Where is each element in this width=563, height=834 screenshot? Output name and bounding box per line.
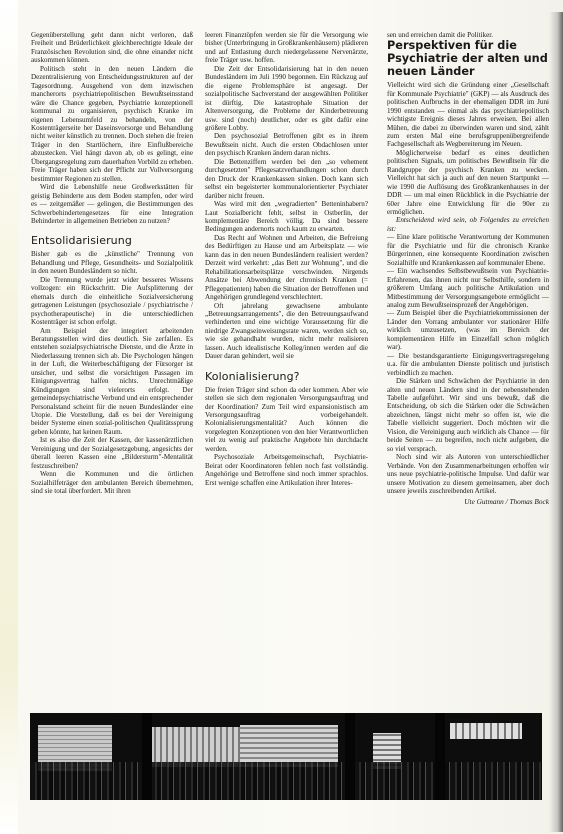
paragraph: Die freien Träger sind schon da oder kom…: [205, 386, 368, 454]
column-2: leeren Finanztöpfen werden sie für die V…: [205, 31, 368, 487]
paragraph: Bisher gab es die „künstliche" Trennung …: [31, 250, 193, 275]
photo-divider: [142, 713, 152, 800]
paragraph: Gegenüberstellung geht dann nicht verlor…: [31, 31, 193, 65]
section-heading-entsolidarisierung: Entsolidarisierung: [31, 234, 193, 247]
paragraph: Den psychosozial Betroffenen gibt es in …: [205, 132, 368, 157]
italic-statement: Entscheidend wird sein, ob Folgendes zu …: [387, 216, 549, 233]
paragraph: Politisch steht in den neuen Ländern die…: [31, 65, 193, 183]
paragraph: Ist es also die Zeit der Kassen, der kas…: [31, 436, 193, 470]
paragraph: Noch sind wir als Autoren von unterschie…: [387, 453, 549, 495]
page-binding-shadow: [549, 12, 563, 832]
protest-banner: [450, 723, 522, 739]
lead-line: sen und erreichen damit die Politiker.: [387, 31, 549, 39]
paragraph: Oft jahrelang gewachsene ambulante „Betr…: [205, 302, 368, 361]
paragraph: Möglicherweise bedarf es eines deutliche…: [387, 149, 549, 217]
section-heading-kolonialisierung: Kolonialisierung?: [205, 370, 368, 383]
paragraph: Psychosoziale Arbeitsgemeinschaft, Psych…: [205, 453, 368, 487]
bullet-item: — Die bestandsgarantierte Einigungsvertr…: [387, 352, 549, 377]
column-3: sen und erreichen damit die Politiker. P…: [387, 31, 549, 507]
protest-banner: [150, 727, 240, 767]
bullet-item: — Ein wachsendes Selbstbewußtsein von Ps…: [387, 267, 549, 309]
paragraph: Wird die Lebenshilfe neue Großwerkstätte…: [31, 183, 193, 225]
paragraph: Die Stärken und Schwächen der Psychiatri…: [387, 377, 549, 453]
photo-divider: [345, 713, 355, 800]
bullet-item: — Eine klare politische Verantwortung de…: [387, 233, 549, 267]
author-byline: Ute Gutmann / Thomas Bock: [387, 498, 549, 506]
paragraph: leeren Finanztöpfen werden sie für die V…: [205, 31, 368, 65]
column-1: Gegenüberstellung geht dann nicht verlor…: [31, 31, 193, 496]
paragraph: Die Trennung wurde jetzt wider besseres …: [31, 276, 193, 327]
demonstration-photo: [30, 713, 542, 800]
crowd: [30, 762, 542, 800]
protest-banner: [240, 725, 338, 767]
magazine-page: Gegenüberstellung geht dann nicht verlor…: [0, 0, 563, 834]
page-edge-left: [0, 0, 18, 834]
photo-divider: [435, 713, 445, 800]
bullet-item: — Zum Beispiel über die Psychiatriekommi…: [387, 309, 549, 351]
paragraph: Die Zeit der Entsolidarisierung hat in d…: [205, 65, 368, 133]
section-heading-perspektiven: Perspektiven für die Psychiatrie der alt…: [387, 40, 549, 78]
paragraph: Vielleicht wird sich die Gründung einer …: [387, 81, 549, 149]
paragraph: Am Beispiel der integriert arbeitenden B…: [31, 327, 193, 437]
paragraph: Das Recht auf Wohnen und Arbeiten, die B…: [205, 234, 368, 302]
paragraph: Wenn die Kommunen und die örtlichen Sozi…: [31, 470, 193, 495]
paragraph: Was wird mit den „wegradierten" Bettenin…: [205, 200, 368, 234]
paragraph: Die Bettenziffern werden bei den „so veh…: [205, 158, 368, 200]
